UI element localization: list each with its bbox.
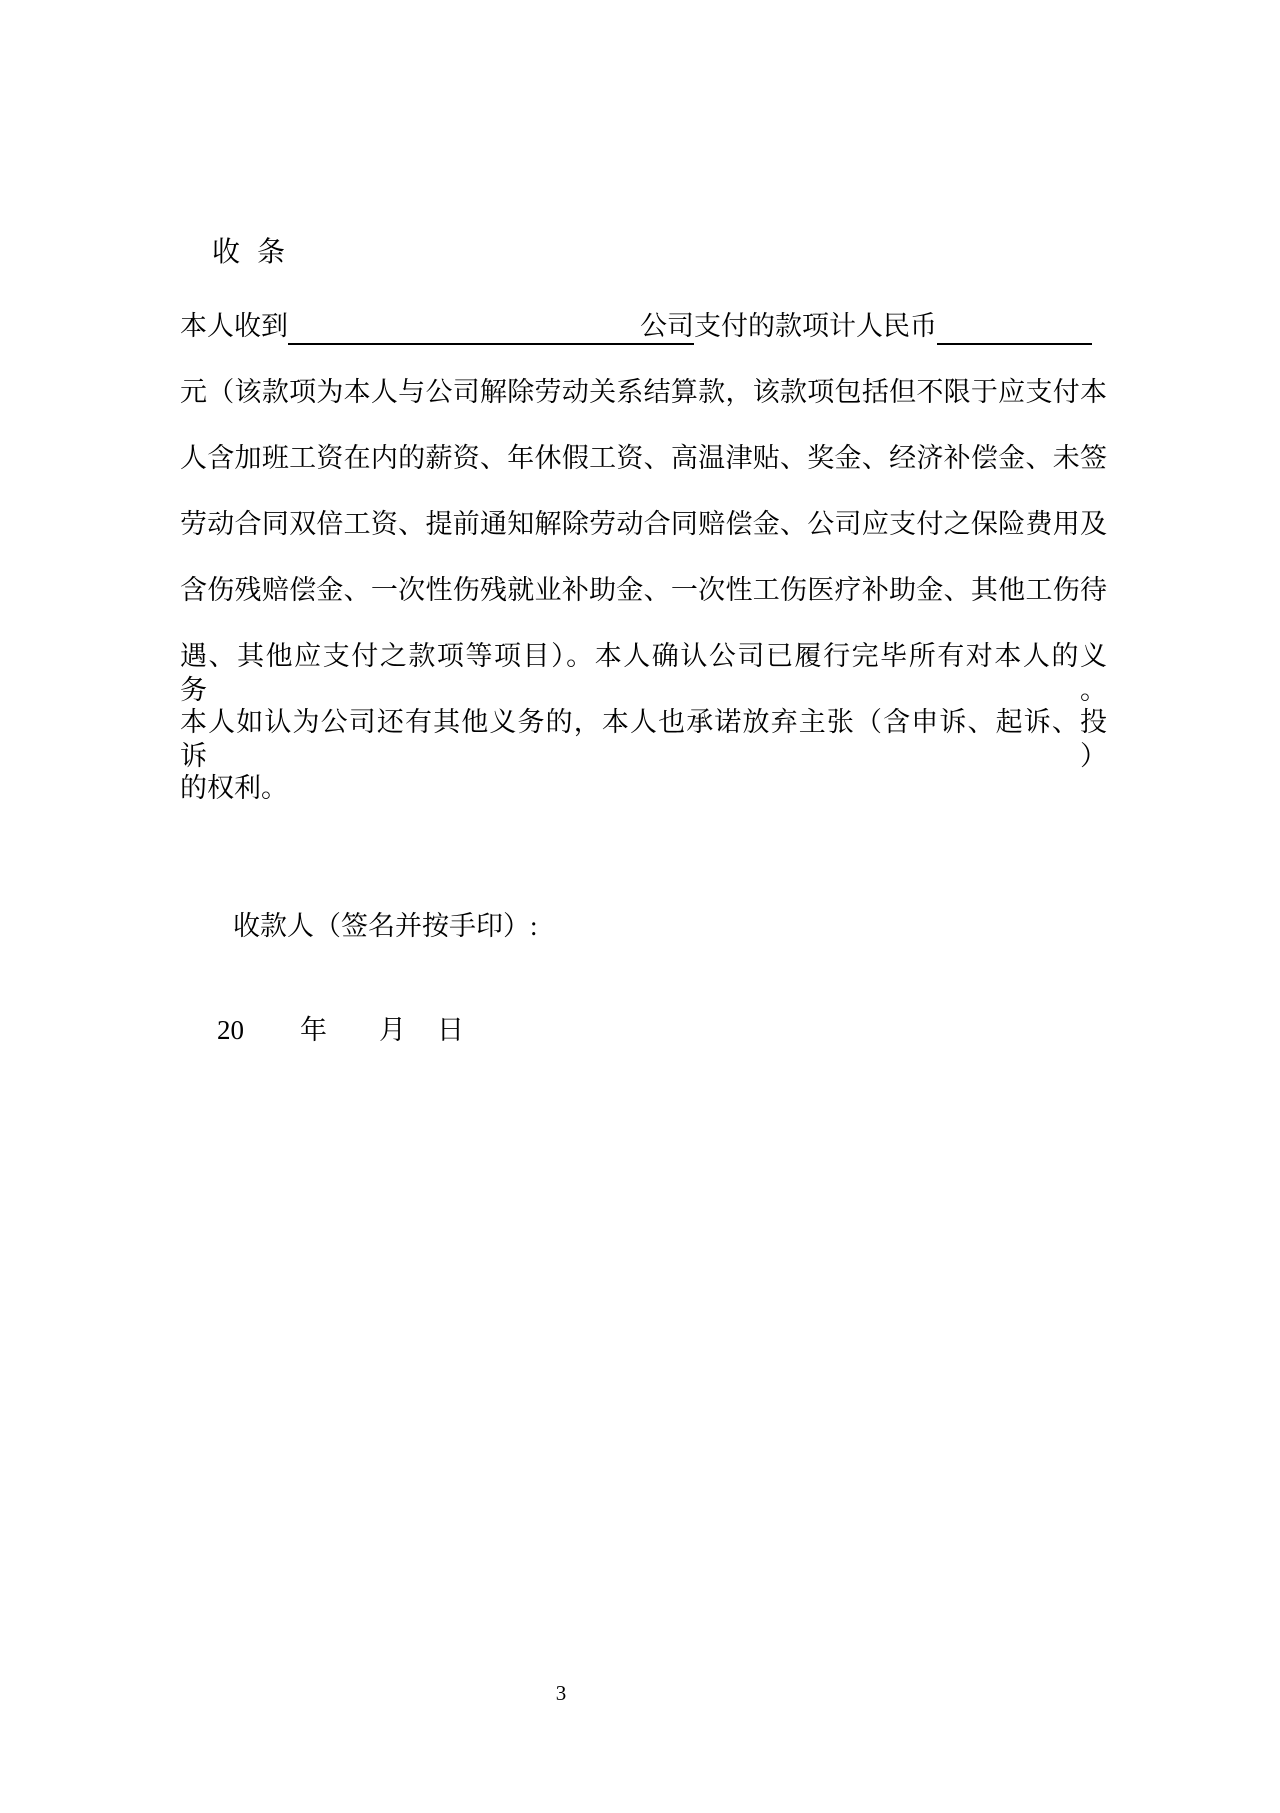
receipt-opening-line: 本人收到公司支付的款项计人民币 [180, 309, 1107, 345]
body-line-6: 本人如认为公司还有其他义务的，本人也承诺放弃主张（含申诉、起诉、投诉） [180, 705, 1107, 773]
year-prefix-text: 20 [217, 1015, 244, 1045]
body-line-7: 的权利。 [180, 771, 1107, 805]
date-line: 20年月日 [190, 979, 464, 1081]
body-line-5: 遇、其他应支付之款项等项目）。本人确认公司已履行完毕所有对本人的义务。 [180, 639, 1107, 707]
body-line-4: 含伤残赔偿金、一次性伤残就业补助金、一次性工伤医疗补助金、其他工伤待 [180, 573, 1107, 607]
body-line-1: 元（该款项为本人与公司解除劳动关系结算款，该款项包括但不限于应支付本 [180, 375, 1107, 409]
body-line-2: 人含加班工资在内的薪资、年休假工资、高温津贴、奖金、经济补偿金、未签 [180, 441, 1107, 475]
receipt-document-page: 收 条 本人收到公司支付的款项计人民币 元（该款项为本人与公司解除劳动关系结算款… [0, 0, 1280, 1813]
page-number: 3 [540, 1680, 582, 1706]
body-line-3: 劳动合同双倍工资、提前通知解除劳动合同赔偿金、公司应支付之保险费用及 [180, 507, 1107, 541]
company-name-blank: 公司 [288, 309, 694, 345]
company-label-text: 公司 [640, 311, 694, 341]
day-label-text: 日 [437, 1015, 464, 1045]
payer-prefix-text: 本人收到 [180, 311, 288, 341]
page-title: 收 条 [212, 236, 286, 270]
year-label-text: 年 [300, 1015, 327, 1045]
amount-blank [937, 309, 1092, 345]
month-label-text: 月 [379, 1015, 406, 1045]
signer-label: 收款人（签名并按手印）: [233, 909, 538, 943]
payment-mid-text: 支付的款项计人民币 [694, 311, 937, 341]
